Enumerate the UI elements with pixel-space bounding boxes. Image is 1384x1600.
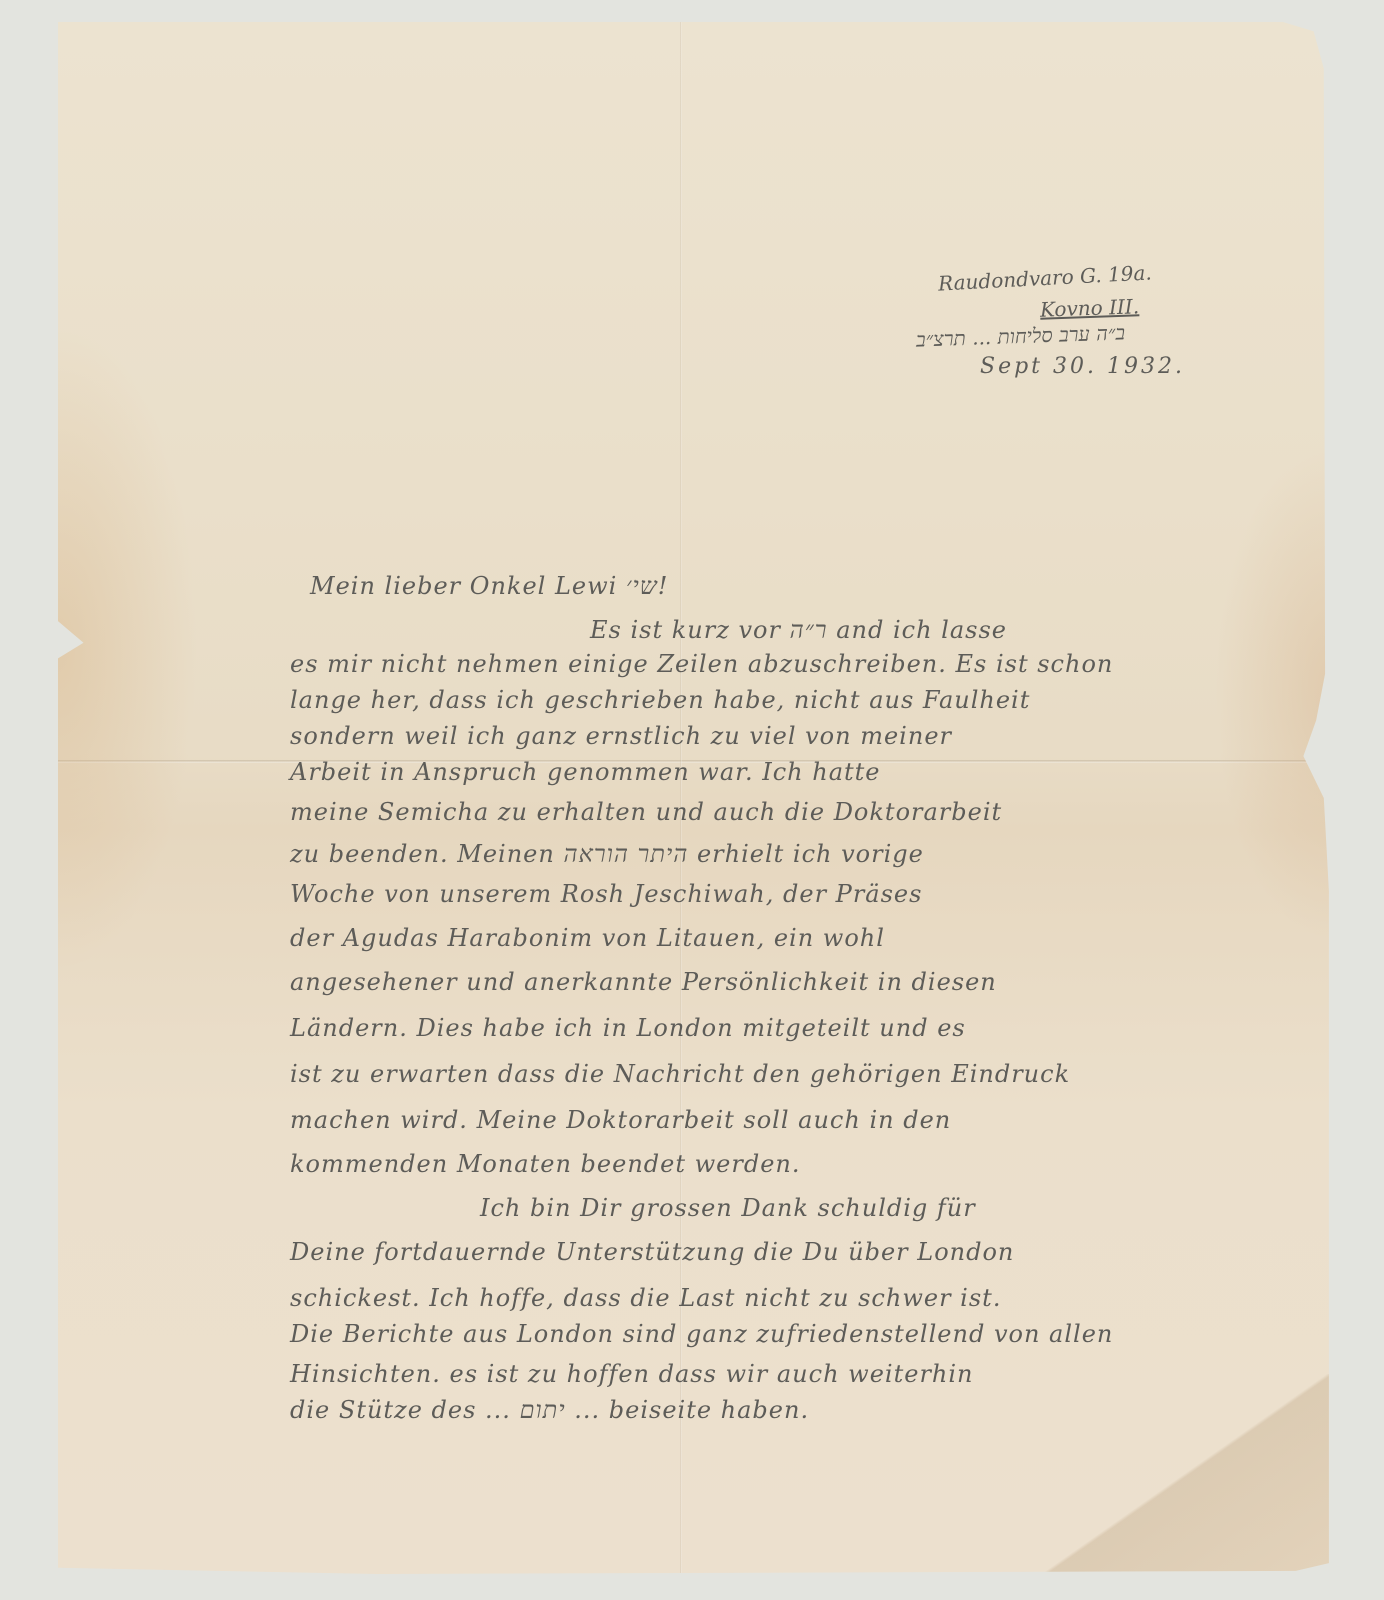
body-line: Ich bin Dir grossen Dank schuldig für — [480, 1194, 976, 1222]
body-line: Woche von unserem Rosh Jeschiwah, der Pr… — [290, 880, 922, 908]
body-line: die Stütze des ... יתום ... beiseite hab… — [290, 1396, 809, 1425]
body-line: Es ist kurz vor ר״ה and ich lasse — [590, 616, 1007, 645]
body-line: Ländern. Dies habe ich in London mitgete… — [290, 1014, 966, 1042]
paper-stain-right — [1214, 442, 1334, 942]
body-line: ist zu erwarten dass die Nachricht den g… — [290, 1060, 1070, 1088]
body-line: schickest. Ich hoffe, dass die Last nich… — [290, 1284, 1001, 1312]
body-line: Hinsichten. es ist zu hoffen dass wir au… — [290, 1360, 974, 1388]
paper-stain-left — [58, 322, 198, 972]
body-line: kommenden Monaten beendet werden. — [290, 1150, 800, 1178]
body-line: der Agudas Harabonim von Litauen, ein wo… — [290, 924, 885, 952]
address-line-2: Kovno III. — [1040, 294, 1140, 321]
body-line: Die Berichte aus London sind ganz zufrie… — [290, 1320, 1113, 1348]
letter-date: Sept 30. 1932. — [980, 354, 1185, 379]
body-line: meine Semicha zu erhalten und auch die D… — [290, 798, 1002, 826]
body-line: Deine fortdauernde Unterstützung die Du … — [290, 1238, 1014, 1266]
folded-corner — [1034, 1374, 1334, 1574]
body-line: sondern weil ich ganz ernstlich zu viel … — [290, 722, 952, 750]
salutation: Mein lieber Onkel Lewi שי׳! — [310, 572, 668, 601]
body-line: lange her, dass ich geschrieben habe, ni… — [290, 686, 1030, 714]
body-line: Arbeit in Anspruch genommen war. Ich hat… — [290, 758, 881, 786]
body-line: angesehener und anerkannte Persönlichkei… — [290, 968, 997, 996]
body-line: es mir nicht nehmen einige Zeilen abzusc… — [290, 650, 1113, 678]
body-line: zu beenden. Meinen היתר הוראה erhielt ic… — [290, 840, 924, 869]
body-line: machen wird. Meine Doktorarbeit soll auc… — [290, 1106, 951, 1134]
